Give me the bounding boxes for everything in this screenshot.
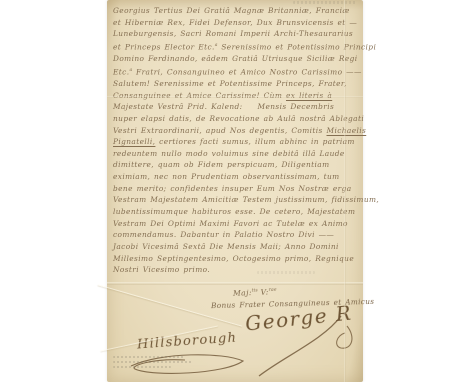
pencil-annotation-line [113,366,171,368]
letter-line: Jacobi Vicesimâ Sextâ Die Mensis Maii; A… [113,241,361,253]
letter-line: Nostri Vicesimo primo. [113,264,361,276]
letter-line: bene merito; confidentes insuper Eum Nos… [113,183,361,195]
letter-line: et Hiberniæ Rex, Fidei Defensor, Dux Bru… [113,17,361,29]
pencil-annotation [113,353,197,371]
letter-line: lubentissimumque habituros esse. De cete… [113,206,361,218]
scan-background: Georgius Tertius Dei Gratiâ Magnæ Britan… [0,0,468,382]
letter-line: Luneburgensis, Sacri Romani Imperii Arch… [113,28,361,40]
letter-line: eximiam, nec non Prudentiam observantiss… [113,171,361,183]
letter-line: et Princeps Elector Etc.a Serenissimo et… [113,40,361,53]
letter-line: Salutem! Serenissime et Potentissime Pri… [113,78,361,90]
ink-smudge [257,271,315,274]
letter-line: Vestram Dei Optimi Maximi Favori ac Tute… [113,218,361,230]
letter-line: redeuntem nullo modo voluimus sine debit… [113,148,361,160]
letter-line: Domino Ferdinando, eâdem Gratiâ Utriusqu… [113,53,361,65]
letter-line: dimittere, quam ob Fidem perspicuam, Dil… [113,159,361,171]
letter-line: Millesimo Septingentesimo, Octogesimo pr… [113,253,361,265]
pencil-annotation-line [113,356,185,358]
fold-line [107,282,363,285]
letter-line: nuper elapsi datis, de Revocatione ab Au… [113,113,361,125]
pencil-annotation-line [113,361,193,363]
letter-line: commendamus. Dabantur in Palatio Nostro … [113,229,361,241]
closing-abbreviation: Maj:tis V:rae [233,287,277,298]
letter-line: Pignatelli, certiores facti sumus, illum… [113,136,361,148]
fold-line [107,96,363,98]
letter-line: Georgius Tertius Dei Gratiâ Magnæ Britan… [113,5,361,17]
faded-top-annotation [293,1,357,4]
vertical-crease [344,0,346,382]
letter-line: Etc.a Fratri, Consanguineo et Amico Nost… [113,65,361,78]
countersignature: Hillsborough [137,331,238,353]
letter-line: Majestate Vestrâ Prid. Kalend: Mensis De… [113,101,361,113]
letter-line: Vestram Majestatem Amicitiæ Testem justi… [113,194,361,206]
letter-body: Georgius Tertius Dei Gratiâ Magnæ Britan… [113,5,361,276]
manuscript-paper: Georgius Tertius Dei Gratiâ Magnæ Britan… [107,0,363,382]
letter-line: Vestri Extraordinarii, apud Nos degentis… [113,125,361,137]
